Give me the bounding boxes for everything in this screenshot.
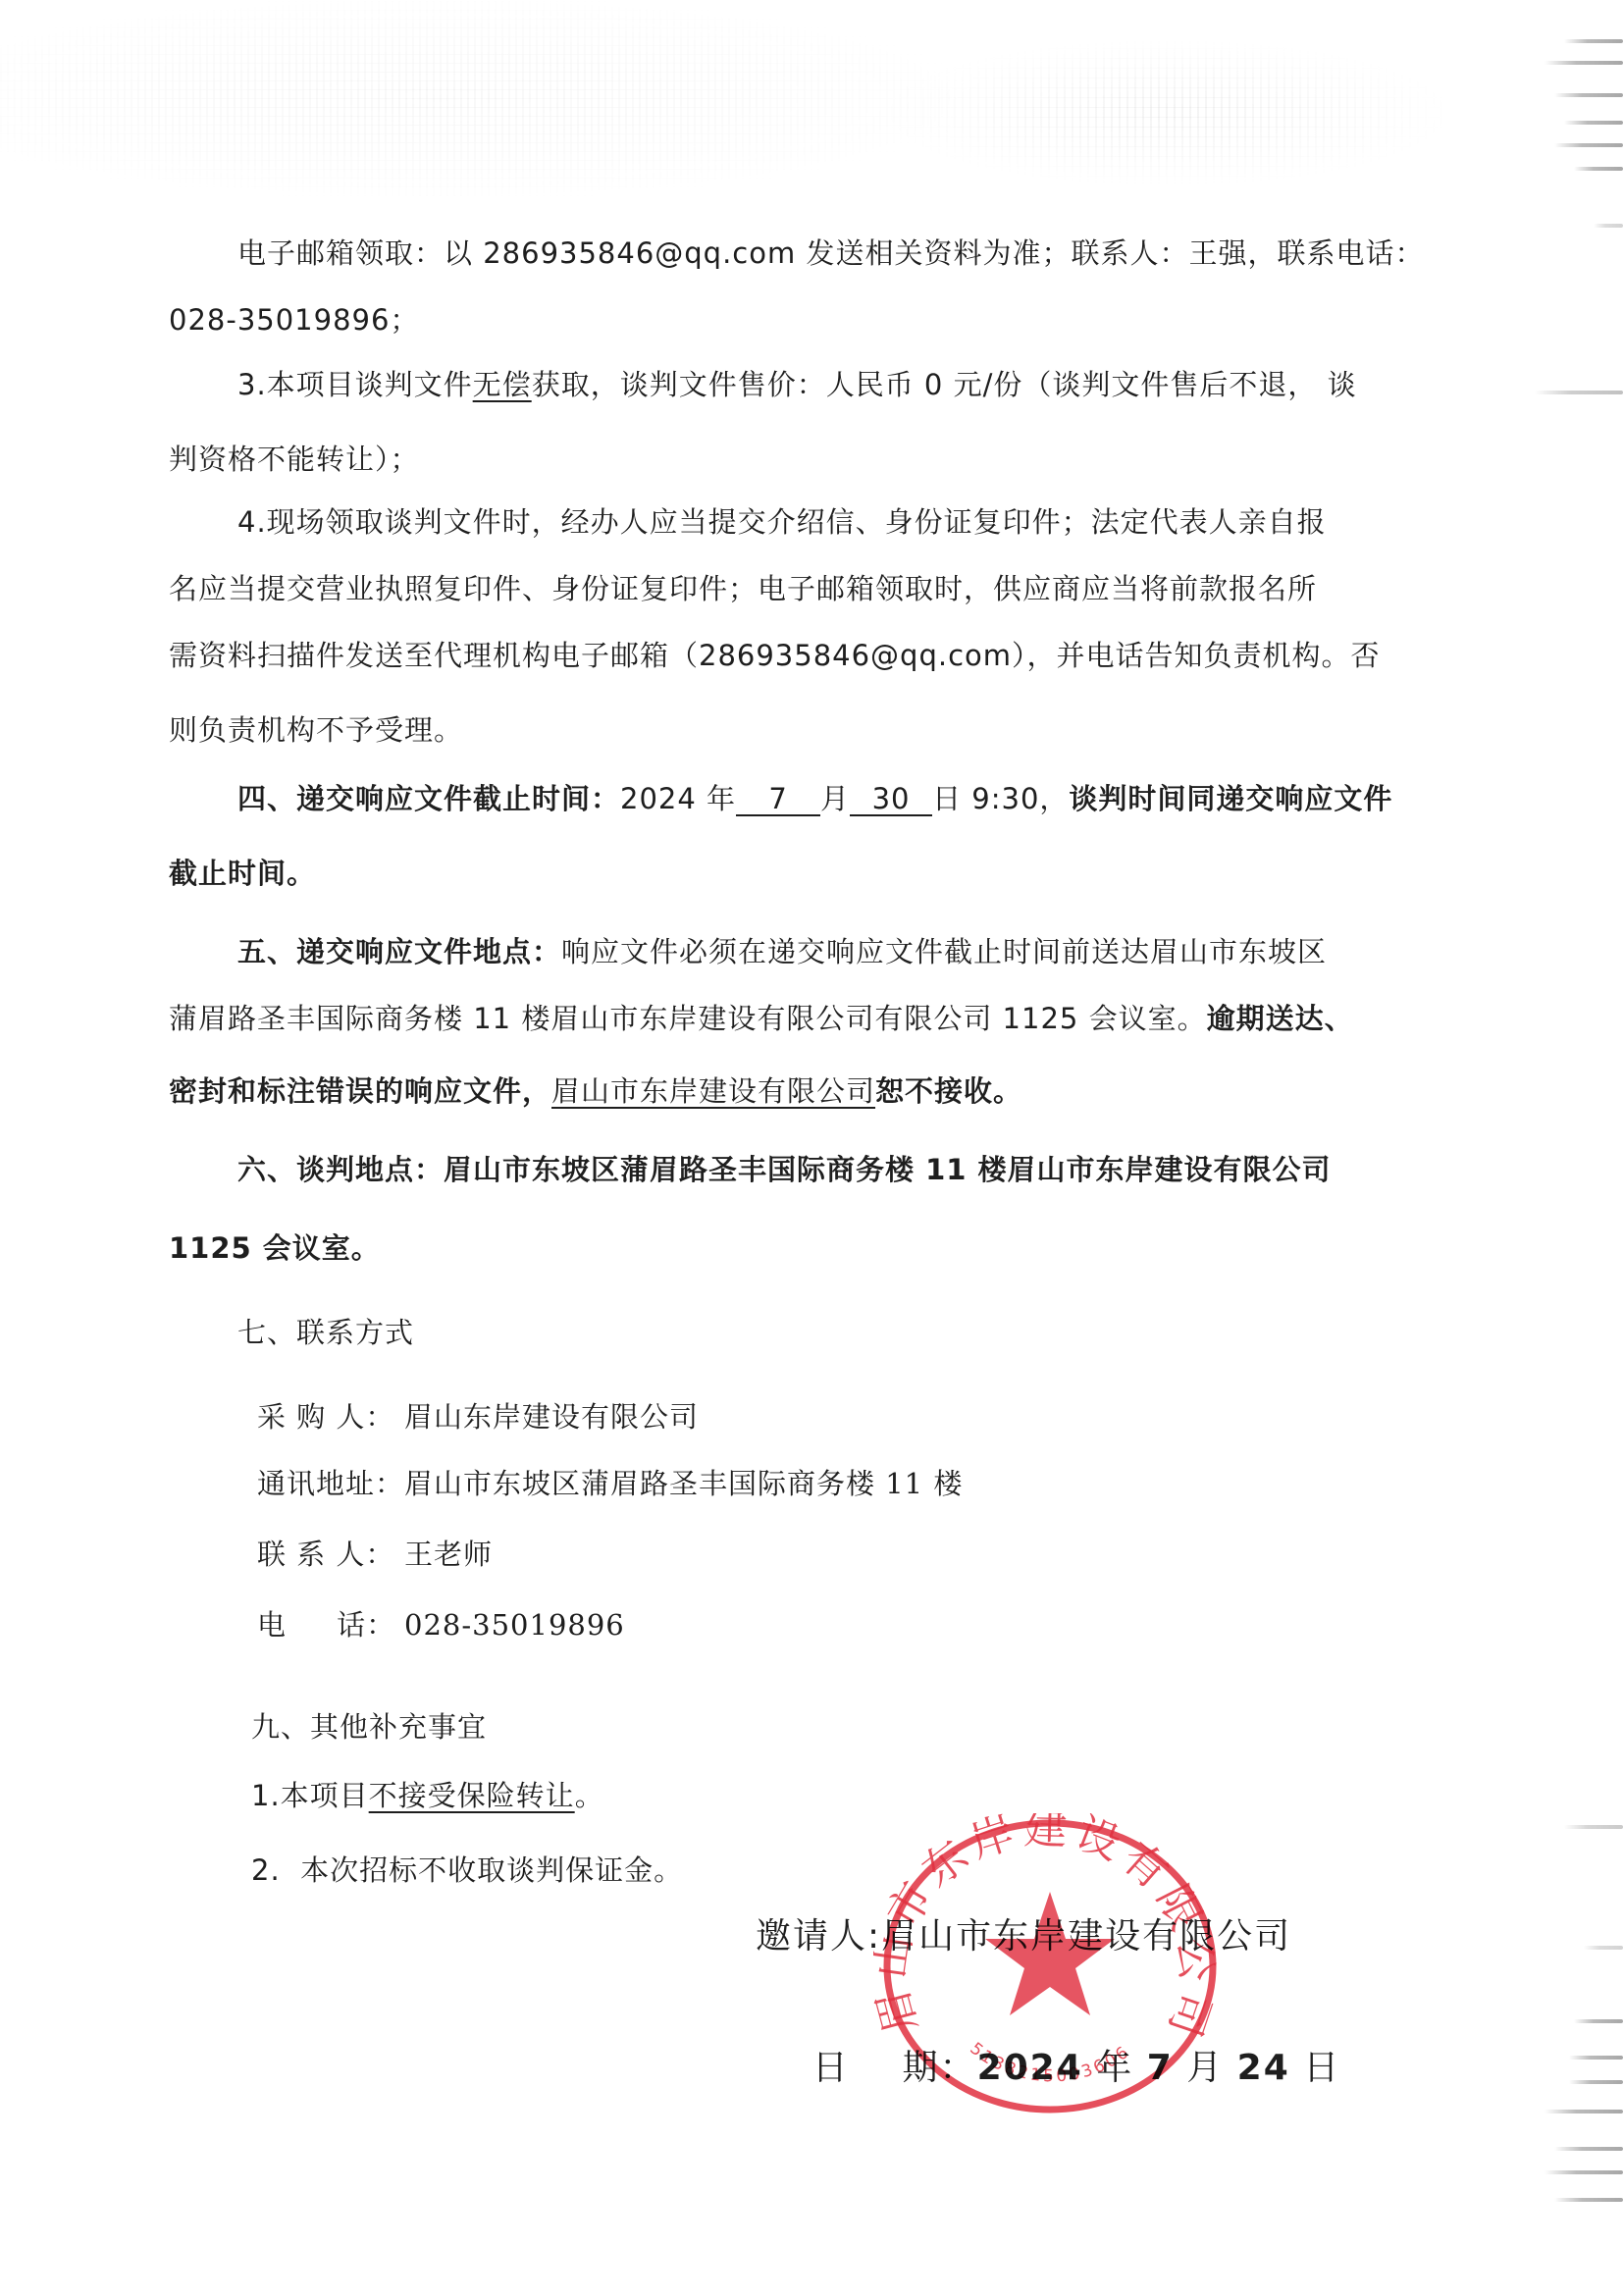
section9-item2: 2. 本次招标不收取谈判保证金。 <box>251 1851 683 1890</box>
section9-heading: 九、其他补充事宜 <box>251 1707 487 1747</box>
section4-tail: 谈判时间同递交响应文件 <box>1069 782 1392 815</box>
section9-item1-prefix: 1.本项目 <box>251 1779 369 1812</box>
contact-label: 采 购 人： <box>257 1397 404 1436</box>
section5-line2-normal: 蒲眉路圣丰国际商务楼 11 楼眉山市东岸建设有限公司有限公司 1125 会议室。 <box>169 1002 1207 1035</box>
section4-line1: 四、递交响应文件截止时间：2024 年7月30日 9:30，谈判时间同递交响应文… <box>237 779 1392 818</box>
section5-line1-rest: 响应文件必须在递交响应文件截止时间前送达眉山市东坡区 <box>561 935 1327 968</box>
section4-heading: 四、递交响应文件截止时间： <box>237 782 620 815</box>
section5-line1: 五、递交响应文件地点：响应文件必须在递交响应文件截止时间前送达眉山市东坡区 <box>237 932 1327 971</box>
section5-line2-bold: 逾期送达、 <box>1207 1002 1354 1035</box>
contact-value: 028-35019896 <box>404 1608 625 1642</box>
section5-line3-suffix: 恕不接收。 <box>875 1074 1022 1108</box>
contact-label: 电 话： <box>257 1605 404 1644</box>
contact-value: 王老师 <box>404 1538 493 1571</box>
section4-year: 2024 年 <box>620 782 736 815</box>
signature-date-label: 日 期： <box>812 2048 977 2088</box>
contact-row: 电 话：028-35019896 <box>257 1605 625 1644</box>
section5-line3-prefix: 密封和标注错误的响应文件， <box>169 1074 551 1108</box>
section6-line2: 1125 会议室。 <box>169 1228 381 1268</box>
section5-heading: 五、递交响应文件地点： <box>237 935 561 968</box>
item4-line2: 名应当提交营业执照复印件、身份证复印件；电子邮箱领取时，供应商应当将前款报名所 <box>169 569 1317 608</box>
contact-value: 眉山东岸建设有限公司 <box>404 1400 699 1434</box>
item3-suffix: 获取，谈判文件售价：人民币 0 元/份（谈判文件售后不退， 谈 <box>532 368 1357 401</box>
section4-month-label: 月 <box>820 782 850 815</box>
document-page: 电子邮箱领取：以 286935846@qq.com 发送相关资料为准；联系人：王… <box>0 0 1623 2296</box>
signature-date-day: 24 <box>1237 2048 1290 2088</box>
signature-date-month-unit: 月 <box>1186 2048 1224 2088</box>
section5-line2: 蒲眉路圣丰国际商务楼 11 楼眉山市东岸建设有限公司有限公司 1125 会议室。… <box>169 999 1354 1038</box>
item4-line4: 则负责机构不予受理。 <box>169 710 463 750</box>
contact-row: 联 系 人：王老师 <box>257 1535 493 1574</box>
item3-prefix: 3.本项目谈判文件 <box>237 368 473 401</box>
signature-date-month: 7 <box>1147 2048 1174 2088</box>
signature-date-day-unit: 日 <box>1303 2048 1340 2088</box>
para-email-line2: 028-35019896； <box>169 300 419 339</box>
signature-date-year-unit: 年 <box>1096 2048 1133 2088</box>
item3-line1: 3.本项目谈判文件无偿获取，谈判文件售价：人民币 0 元/份（谈判文件售后不退，… <box>237 365 1357 404</box>
contact-row: 采 购 人：眉山东岸建设有限公司 <box>257 1397 699 1436</box>
contact-value: 眉山市东坡区蒲眉路圣丰国际商务楼 11 楼 <box>404 1467 963 1500</box>
section9-item1-suffix: 。 <box>575 1779 604 1812</box>
contact-label: 联 系 人： <box>257 1535 404 1574</box>
section4-month-value: 7 <box>736 783 820 816</box>
para-email-line1: 电子邮箱领取：以 286935846@qq.com 发送相关资料为准；联系人：王… <box>237 234 1424 273</box>
signature-inviter: 邀请人:眉山市东岸建设有限公司 <box>756 1913 1291 1960</box>
section5-line3-underlined: 眉山市东岸建设有限公司 <box>551 1074 875 1108</box>
section7-heading: 七、联系方式 <box>237 1313 414 1352</box>
signature-date: 日 期：2024 年 7 月 24 日 <box>759 1998 1340 2139</box>
section5-line3: 密封和标注错误的响应文件，眉山市东岸建设有限公司恕不接收。 <box>169 1071 1022 1111</box>
signature-date-year: 2024 <box>977 2048 1083 2088</box>
section4-day-label: 日 9:30， <box>932 782 1069 815</box>
item3-underlined: 无偿 <box>473 368 532 401</box>
item4-line1: 4.现场领取谈判文件时，经办人应当提交介绍信、身份证复印件；法定代表人亲自报 <box>237 502 1327 542</box>
contact-label: 通讯地址： <box>257 1464 404 1503</box>
section4-day-value: 30 <box>850 783 932 816</box>
section4-line2: 截止时间。 <box>169 854 316 893</box>
section9-item1-underlined: 不接受保险转让 <box>369 1779 575 1812</box>
item3-line2: 判资格不能转让）； <box>169 440 420 479</box>
section6-line1: 六、谈判地点：眉山市东坡区蒲眉路圣丰国际商务楼 11 楼眉山市东岸建设有限公司 <box>237 1150 1332 1189</box>
section9-item1: 1.本项目不接受保险转让。 <box>251 1776 604 1815</box>
contact-row: 通讯地址：眉山市东坡区蒲眉路圣丰国际商务楼 11 楼 <box>257 1464 963 1503</box>
item4-line3: 需资料扫描件发送至代理机构电子邮箱（286935846@qq.com），并电话告… <box>169 636 1381 675</box>
